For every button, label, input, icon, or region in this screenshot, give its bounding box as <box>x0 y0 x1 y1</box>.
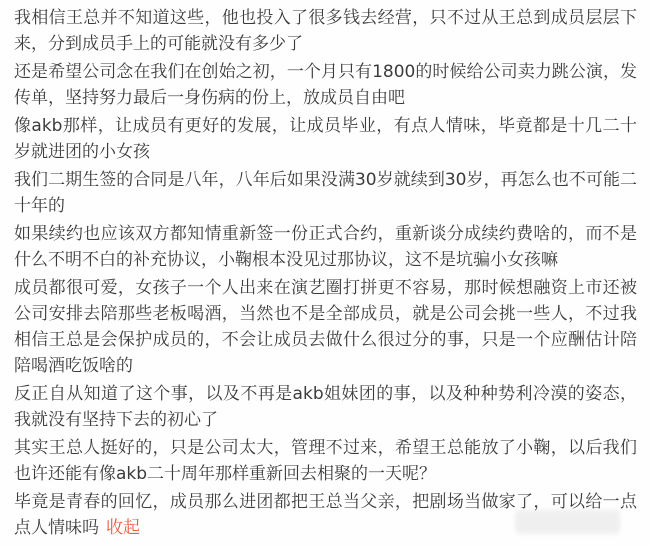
post-paragraph: 像akb那样，让成员有更好的发展，让成员毕业，有点人情味，毕竟都是十几二十岁就进… <box>14 113 637 165</box>
post-paragraph: 我相信王总并不知道这些，他也投入了很多钱去经营，只不过从王总到成员层层下来，分到… <box>14 5 637 57</box>
post-paragraph: 成员都很可爱，女孩子一个人出来在演艺圈打拼更不容易，那时候想融资上市还被公司安排… <box>14 275 637 379</box>
post-paragraph: 我们二期生签的合同是八年，八年后如果没满30岁就续到30岁，再怎么也不可能二十年… <box>14 167 637 219</box>
post-paragraph: 其实王总人挺好的，只是公司太大，管理不过来，希望王总能放了小鞠，以后我们也许还能… <box>14 435 637 487</box>
post-paragraph: 反正自从知道了这个事，以及不再是akb姐妹团的事，以及种种势利冷漠的姿态，我就没… <box>14 381 637 433</box>
post-content: 我相信王总并不知道这些，他也投入了很多钱去经营，只不过从王总到成员层层下来，分到… <box>0 0 650 546</box>
post-paragraph: 还是希望公司念在我们在创始之初，一个月只有1800的时候给公司卖力跳公演，发传单… <box>14 59 637 111</box>
post-paragraph: 如果续约也应该双方都知情重新签一份正式合约，重新谈分成续约费啥的，而不是什么不明… <box>14 221 637 273</box>
post-paragraph: 毕竟是青春的回忆，成员那么进团都把王总当父亲，把剧场当做家了，可以给一点点人情味… <box>14 489 637 541</box>
collapse-link[interactable]: 收起 <box>106 518 140 538</box>
